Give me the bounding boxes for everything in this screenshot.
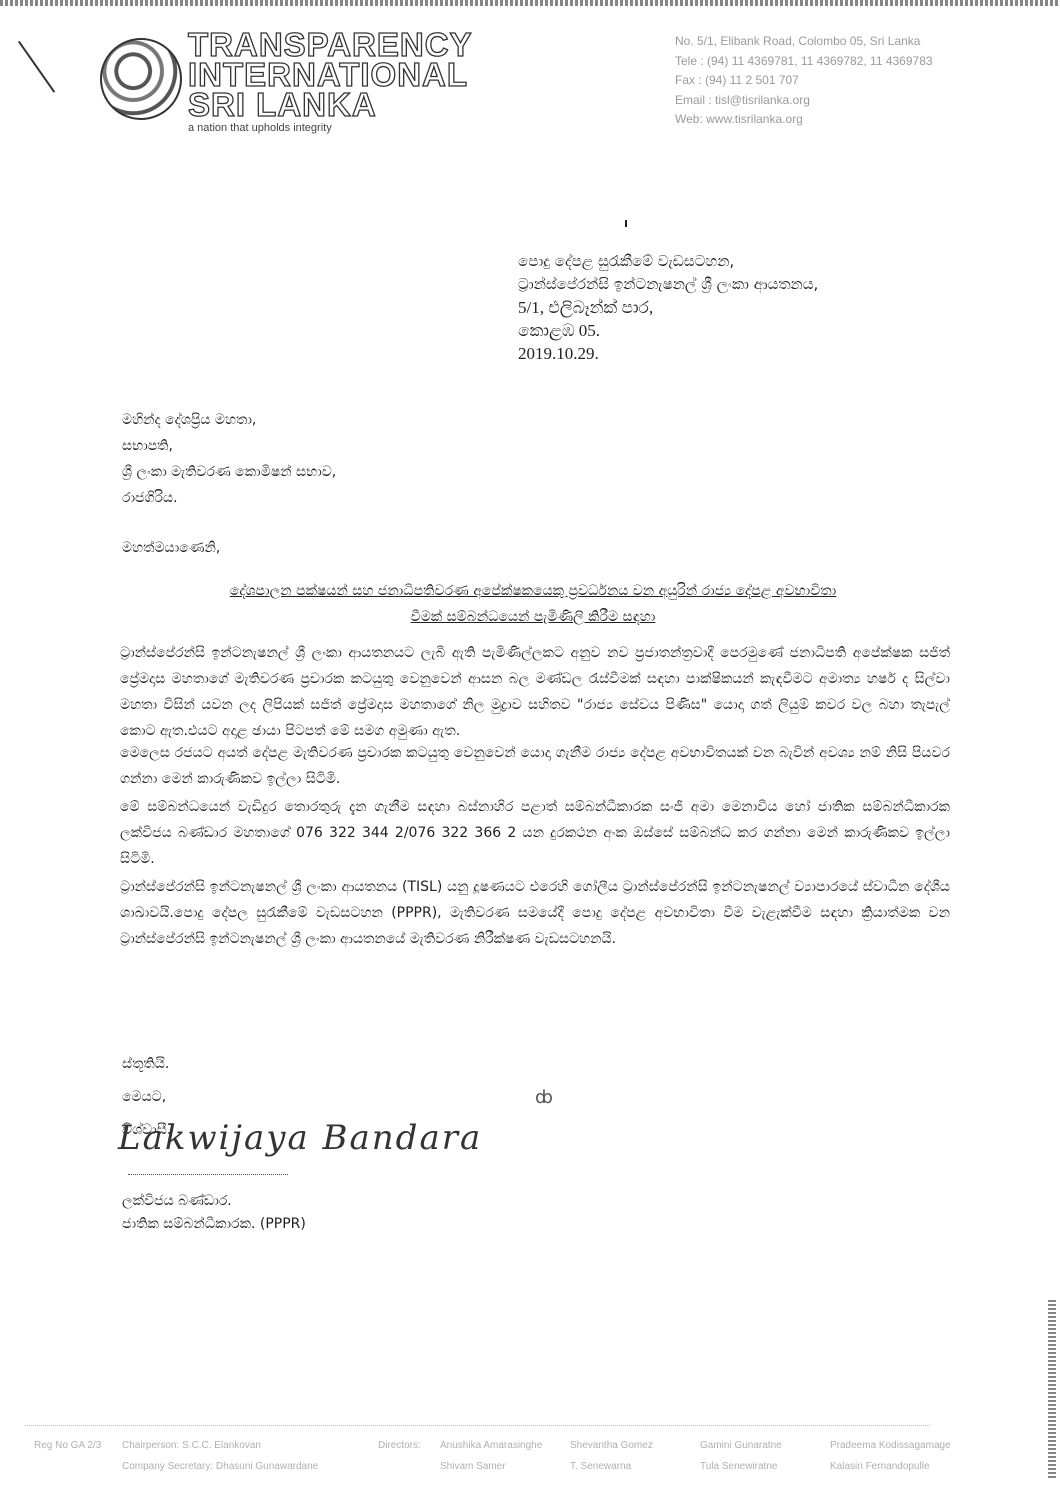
sender-line: පොදු දේපළ සුරැකීමේ වැඩසටහන, [518,250,818,273]
salutation: මහත්මයාණෙනි, [122,540,220,556]
footer-secretary: Company Secretary: Dhasuni Gunawardane [122,1461,318,1472]
recipient-city: රාජගිරිය. [122,485,336,511]
recipient-title: සභාපති, [122,433,336,459]
signer-name: ලක්විජය බණ්ඩාර. [122,1190,306,1213]
footer-director: Kalasiri Fernandopulle [830,1461,930,1472]
recipient-address: මහින්ද දේශප්‍රිය මහතා, සභාපති, ශ්‍රී ලංක… [122,407,336,511]
logo-tagline: a nation that upholds integrity [188,122,332,134]
footer-divider [25,1425,930,1426]
contact-block: No. 5/1, Elibank Road, Colombo 05, Sri L… [675,32,933,130]
footer-director: Shivam Samer [440,1461,506,1472]
sender-address: පොදු දේපළ සුරැකීමේ වැඩසටහන, ට්‍රාන්ස්පේර… [518,250,818,365]
footer-director: Pradeema Kodissagamage [830,1440,951,1451]
signer-block: ලක්විජය බණ්ඩාර. ජාතික සම්බන්ධීකාරක. (PPP… [122,1190,306,1236]
footer-director: Gamini Gunaratne [700,1440,782,1451]
subject-line: දේශපාලන පක්ෂයන් සහ ජනාධිපතිවරණ අපේක්ෂකයෙ… [230,583,837,599]
scan-edge-strip [1048,1300,1056,1480]
contact-website[interactable]: Web: www.tisrilanka.org [675,110,933,130]
subject-line: වීමක් සම්බන්ධයෙන් පැමිණිලි කිරීම සඳහා [411,609,656,625]
sender-line: 5/1, එලිබෑන්ක් පාර, [518,296,818,319]
signature-text: Lakwijaya Bandara [118,1118,482,1158]
logo-text-line: SRI LANKA [188,90,377,120]
handwritten-signature: Lakwijaya Bandara [108,1118,448,1178]
body-paragraph: මෙලෙස රජයට අයත් දේපළ මැතිවරණ ප්‍රචාරක කට… [120,740,950,792]
footer-registration: Reg No GA 2/3 [34,1440,101,1451]
footer-chairperson: Chairperson: S.C.C. Elankovan [122,1440,261,1451]
body-paragraph: මේ සම්බන්ධයෙන් වැඩිදුර තොරතුරු දැන ගැනීම… [120,794,950,872]
closing-line: මෙයට, [122,1081,171,1114]
organization-logo: TRANSPARENCY INTERNATIONAL SRI LANKA a n… [100,30,460,140]
contact-email[interactable]: Email : tisl@tisrilanka.org [675,91,933,111]
sender-line: කොළඹ 05. [518,319,818,342]
recipient-organization: ශ්‍රී ලංකා මැතිවරණ කොමිෂන් සභාව, [122,459,336,485]
closing-thanks: ස්තූතියි. [122,1048,171,1081]
footer-director: Tula Senewiratne [700,1461,777,1472]
signer-title: ජාතික සම්බන්ධීකාරක. (PPPR) [122,1213,306,1236]
subject-heading: දේශපාලන පක්ෂයන් සහ ජනාධිපතිවරණ අපේක්ෂකයෙ… [118,578,948,630]
signature-line [128,1174,288,1175]
footer-director: Shevantha Gomez [570,1440,653,1451]
contact-fax: Fax : (94) 11 2 501 707 [675,71,933,91]
pen-stroke-mark [18,41,55,93]
contact-phone: Tele : (94) 11 4369781, 11 4369782, 11 4… [675,52,933,72]
sender-line: ට්‍රාන්ස්පේරන්සි ඉන්ටනැෂනල් ශ්‍රී ලංකා ආ… [518,273,818,296]
footer-director: Anushika Amarasinghe [440,1440,542,1451]
footer-directors-label: Directors: [378,1440,421,1451]
scan-artifact-top [0,0,1060,6]
body-paragraph: ට්‍රාන්ස්පේරන්සි ඉන්ටනැෂනල් ශ්‍රී ලංකා ආ… [120,640,950,744]
recipient-name: මහින්ද දේශප්‍රිය මහතා, [122,407,336,433]
body-paragraph: ට්‍රාන්ස්පේරන්සි ඉන්ටනැෂනල් ශ්‍රී ලංකා ආ… [120,874,950,952]
footer-director: T. Senewarna [570,1461,631,1472]
scan-mark [625,220,627,227]
globe-icon [100,38,182,120]
pen-scribble-mark: ȸ [535,1087,553,1108]
contact-address: No. 5/1, Elibank Road, Colombo 05, Sri L… [675,32,933,52]
letter-date: 2019.10.29. [518,342,818,365]
